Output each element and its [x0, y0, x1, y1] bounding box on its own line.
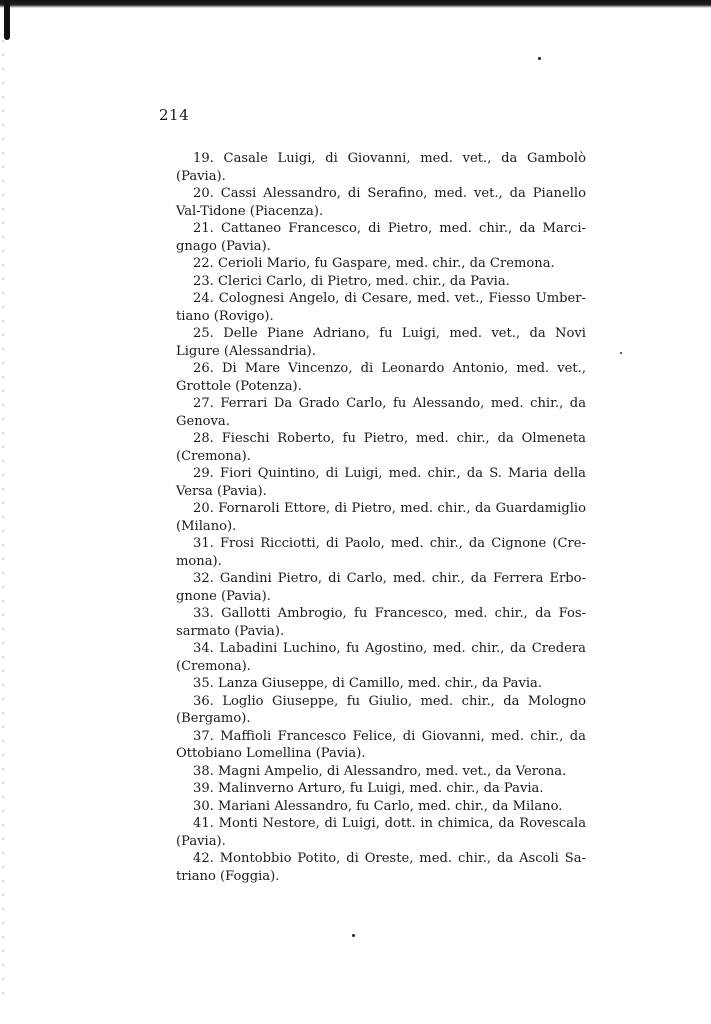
list-item: 26. Di Mare Vincenzo, di Leonardo Antoni… [176, 360, 586, 395]
scan-speck [538, 57, 541, 60]
list-item: 20. Cassi Alessandro, di Serafino, med. … [176, 185, 586, 220]
entry-text: Cassi Alessandro, di Serafino, med. vet.… [176, 186, 586, 219]
list-item: 31. Frosi Ricciotti, di Paolo, med. chir… [176, 535, 586, 570]
entry-text: Labadini Luchino, fu Agostino, med. chir… [176, 641, 586, 674]
entry-text: Fiori Quintino, di Luigi, med. chir., da… [176, 466, 586, 499]
list-item: 25. Delle Piane Adriano, fu Luigi, med. … [176, 325, 586, 360]
entry-number: 38. [193, 764, 214, 779]
list-item: 34. Labadini Luchino, fu Agostino, med. … [176, 640, 586, 675]
list-item: 39. Malinverno Arturo, fu Luigi, med. ch… [176, 780, 586, 798]
entry-number: 20. [193, 501, 214, 516]
entry-number: 35. [193, 676, 214, 691]
entry-number: 24. [193, 291, 214, 306]
list-item: 37. Maffioli Francesco Felice, di Giovan… [176, 728, 586, 763]
entry-number: 32. [193, 571, 214, 586]
list-item: 29. Fiori Quintino, di Luigi, med. chir.… [176, 465, 586, 500]
page-number: 214 [159, 106, 189, 124]
list-item: 32. Gandini Pietro, di Carlo, med. chir.… [176, 570, 586, 605]
scan-left-speckle [2, 40, 4, 1000]
entry-text: Malinverno Arturo, fu Luigi, med. chir.,… [218, 781, 544, 796]
entry-list: 19. Casale Luigi, di Giovanni, med. vet.… [176, 150, 586, 885]
entry-text: Colognesi Angelo, di Cesare, med. vet., … [176, 291, 586, 324]
entry-number: 23. [193, 274, 214, 289]
entry-number: 34. [193, 641, 214, 656]
entry-number: 33. [193, 606, 214, 621]
list-item: 35. Lanza Giuseppe, di Camillo, med. chi… [176, 675, 586, 693]
list-item: 28. Fieschi Roberto, fu Pietro, med. chi… [176, 430, 586, 465]
entry-number: 27. [193, 396, 214, 411]
entry-number: 21. [193, 221, 214, 236]
entry-text: Cerioli Mario, fu Gaspare, med. chir., d… [218, 256, 555, 271]
list-item: 33. Gallotti Ambrogio, fu Francesco, med… [176, 605, 586, 640]
entry-text: Montobbio Potito, di Oreste, med. chir.,… [176, 851, 586, 884]
list-item: 42. Montobbio Potito, di Oreste, med. ch… [176, 850, 586, 885]
scan-top-edge [0, 0, 711, 8]
entry-text: Clerici Carlo, di Pietro, med. chir., da… [218, 274, 510, 289]
entry-text: Lanza Giuseppe, di Camillo, med. chir., … [218, 676, 542, 691]
entry-text: Magni Ampelio, di Alessandro, med. vet.,… [218, 764, 566, 779]
list-item: 20. Fornaroli Ettore, di Pietro, med. ch… [176, 500, 586, 535]
entry-number: 29. [193, 466, 214, 481]
entry-text: Gandini Pietro, di Carlo, med. chir., da… [176, 571, 586, 604]
scan-speck [620, 352, 622, 354]
entry-text: Fieschi Roberto, fu Pietro, med. chir., … [176, 431, 586, 464]
entry-number: 39. [193, 781, 214, 796]
list-item: 41. Monti Nestore, di Luigi, dott. in ch… [176, 815, 586, 850]
entry-text: Mariani Alessandro, fu Carlo, med. chir.… [218, 799, 562, 814]
list-item: 21. Cattaneo Francesco, di Pietro, med. … [176, 220, 586, 255]
entry-number: 31. [193, 536, 214, 551]
entry-text: Loglio Giuseppe, fu Giulio, med. chir., … [176, 694, 586, 727]
entry-number: 25. [193, 326, 214, 341]
entry-number: 20. [193, 186, 214, 201]
list-item: 27. Ferrari Da Grado Carlo, fu Alessando… [176, 395, 586, 430]
entry-number: 22. [193, 256, 214, 271]
entry-number: 30. [193, 799, 214, 814]
entry-text: Fornaroli Ettore, di Pietro, med. chir.,… [176, 501, 586, 534]
entry-text: Casale Luigi, di Giovanni, med. vet., da… [176, 151, 586, 184]
entry-text: Frosi Ricciotti, di Paolo, med. chir., d… [176, 536, 586, 569]
entry-number: 26. [193, 361, 214, 376]
list-item: 22. Cerioli Mario, fu Gaspare, med. chir… [176, 255, 586, 273]
entry-number: 19. [193, 151, 214, 166]
list-item: 19. Casale Luigi, di Giovanni, med. vet.… [176, 150, 586, 185]
entry-text: Delle Piane Adriano, fu Luigi, med. vet.… [176, 326, 586, 359]
list-item: 38. Magni Ampelio, di Alessandro, med. v… [176, 763, 586, 781]
scan-speck [352, 934, 355, 937]
entry-text: Gallotti Ambrogio, fu Francesco, med. ch… [176, 606, 586, 639]
entry-text: Di Mare Vincenzo, di Leonardo Antonio, m… [176, 361, 586, 394]
list-item: 23. Clerici Carlo, di Pietro, med. chir.… [176, 273, 586, 291]
entry-number: 42. [193, 851, 214, 866]
entry-text: Maffioli Francesco Felice, di Giovanni, … [176, 729, 586, 762]
entry-text: Monti Nestore, di Luigi, dott. in chimic… [176, 816, 586, 849]
list-item: 24. Colognesi Angelo, di Cesare, med. ve… [176, 290, 586, 325]
entry-number: 41. [193, 816, 214, 831]
entry-text: Cattaneo Francesco, di Pietro, med. chir… [176, 221, 586, 254]
entry-number: 37. [193, 729, 214, 744]
entry-number: 36. [193, 694, 214, 709]
entry-number: 28. [193, 431, 214, 446]
list-item: 36. Loglio Giuseppe, fu Giulio, med. chi… [176, 693, 586, 728]
entry-text: Ferrari Da Grado Carlo, fu Alessando, me… [176, 396, 586, 429]
scan-left-edge [4, 0, 10, 40]
list-item: 30. Mariani Alessandro, fu Carlo, med. c… [176, 798, 586, 816]
